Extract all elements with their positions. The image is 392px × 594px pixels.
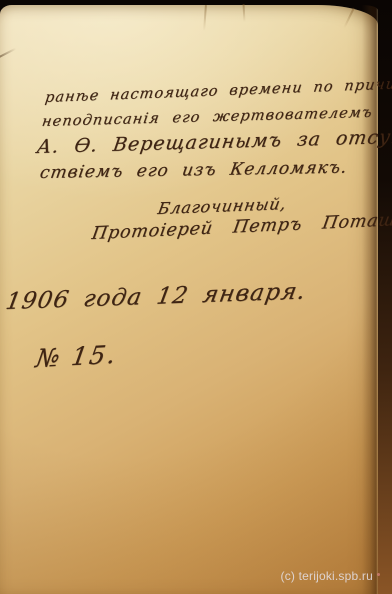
watermark-text: (c) terijoki.spb.ru: [281, 569, 374, 583]
document-photo: ранѣе настоящаго времени по причинѣ непо…: [0, 0, 392, 594]
manuscript-number-line: № 15.: [34, 340, 120, 374]
watermark-speck: [377, 573, 380, 576]
watermark-credit: (c) terijoki.spb.ru: [281, 569, 381, 583]
